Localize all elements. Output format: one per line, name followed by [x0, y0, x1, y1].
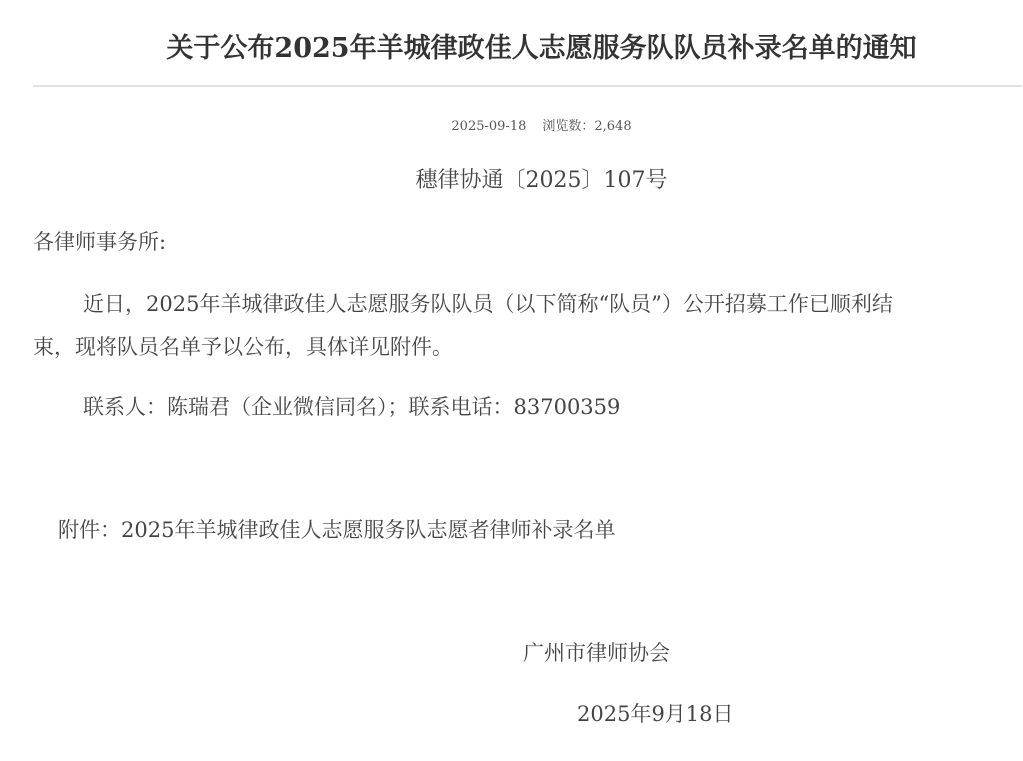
- contact-info: 联系人：陈瑞君（企业微信同名）；联系电话：83700359: [83, 383, 620, 431]
- body-paragraph-line-1: 近日，2025年羊城律政佳人志愿服务队队员（以下简称“队员”）公开招募工作已顺利…: [83, 280, 893, 328]
- body-paragraph-line-2: 束，现将队员名单予以公布，具体详见附件。: [33, 323, 453, 371]
- views-count: 2,648: [594, 119, 631, 134]
- document-number: 穗律协通〔2025〕107号: [0, 163, 1023, 194]
- signature-organization: 广州市律师协会: [523, 629, 670, 677]
- views-label: 浏览数：: [542, 119, 594, 134]
- title-divider: [33, 85, 1022, 87]
- publish-date: 2025-09-18: [451, 119, 526, 134]
- article-title: 关于公布2025年羊城律政佳人志愿服务队队员补录名单的通知: [0, 26, 1023, 65]
- attachment-link[interactable]: 附件：2025年羊城律政佳人志愿服务队志愿者律师补录名单: [58, 506, 615, 554]
- salutation: 各律师事务所:: [33, 218, 166, 266]
- signature-date: 2025年9月18日: [577, 690, 734, 738]
- article-meta: 2025-09-18浏览数：2,648: [0, 115, 1023, 134]
